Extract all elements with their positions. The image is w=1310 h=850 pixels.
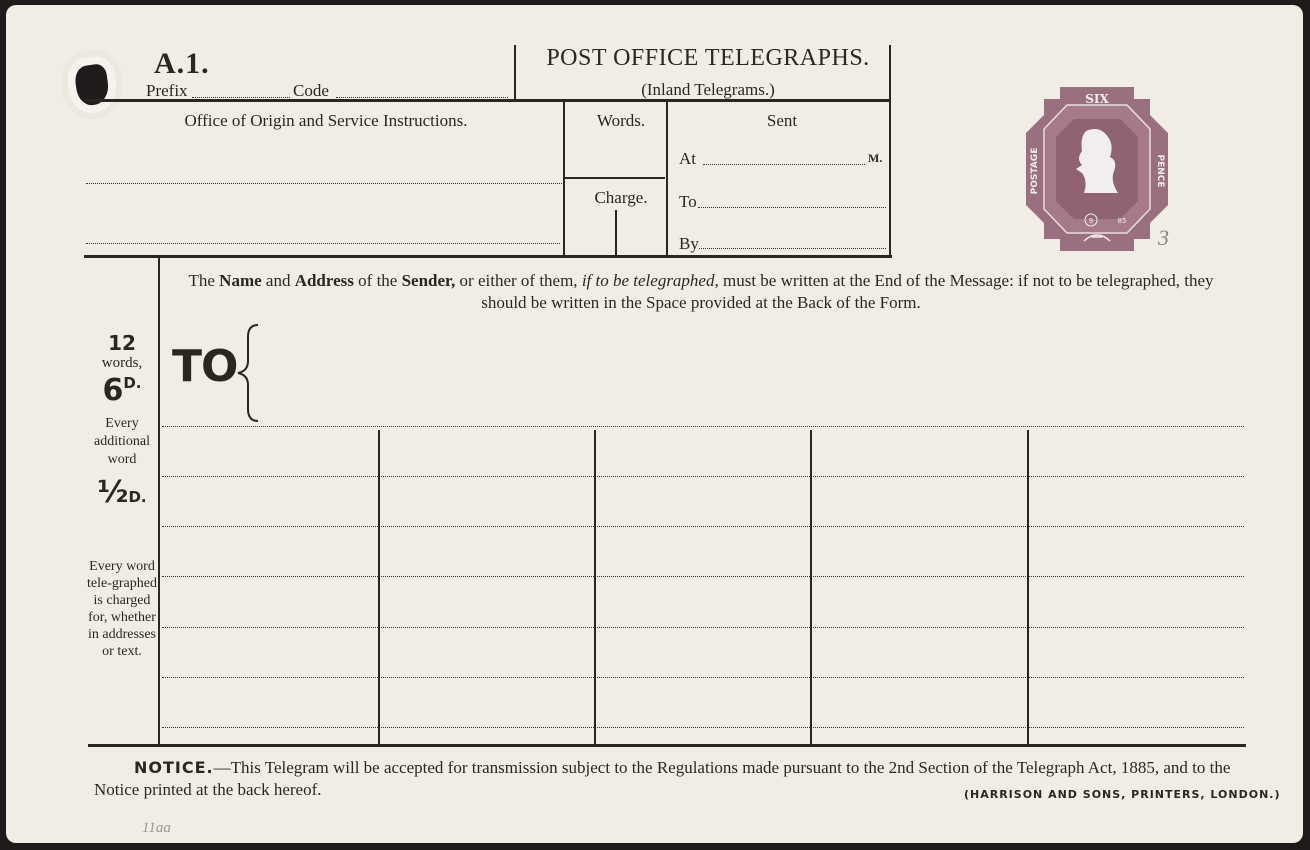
- message-area[interactable]: [162, 427, 1244, 743]
- sent-at-field[interactable]: [703, 164, 865, 165]
- sent-label: Sent: [672, 111, 892, 131]
- stamp-icon: SIX POSTAGE PENCE 9 85: [1022, 85, 1172, 253]
- main-rule: [84, 255, 892, 258]
- svg-text:PENCE: PENCE: [1155, 154, 1165, 187]
- telegram-form: A.1. Prefix Code POST OFFICE TELEGRAPHS.…: [6, 5, 1303, 843]
- divider: [666, 101, 668, 257]
- svg-text:POSTAGE: POSTAGE: [1030, 148, 1040, 195]
- by-label: By: [679, 234, 699, 254]
- page-title: POST OFFICE TELEGRAPHS.: [522, 45, 894, 72]
- base-words-label: words,: [86, 355, 158, 372]
- pencil-note-3: 3: [1158, 225, 1169, 251]
- meridian-label: M.: [868, 151, 882, 166]
- form-code: A.1.: [154, 47, 210, 81]
- divider: [889, 45, 891, 257]
- to-label: To: [679, 192, 697, 212]
- office-origin-field-2[interactable]: [86, 243, 560, 244]
- code-field[interactable]: [336, 97, 508, 98]
- page-subtitle: (Inland Telegrams.): [522, 80, 894, 100]
- prefix-label: Prefix: [146, 81, 188, 101]
- brace-icon: [234, 323, 264, 423]
- pencil-note: 11aa: [142, 820, 171, 837]
- svg-text:SIX: SIX: [1085, 92, 1109, 106]
- sender-instructions: The Name and Address of the Sender, or e…: [166, 270, 1236, 314]
- bottom-rule: [88, 744, 1246, 747]
- office-origin-field-1[interactable]: [86, 183, 562, 184]
- address-field[interactable]: [266, 320, 1246, 424]
- divider: [565, 177, 665, 179]
- charge-note: Every word tele-graphed is charged for, …: [86, 558, 158, 660]
- svg-text:85: 85: [1118, 217, 1127, 225]
- svg-text:9: 9: [1089, 217, 1093, 225]
- printer-imprint: (HARRISON AND SONS, PRINTERS, LONDON.): [964, 788, 1281, 801]
- charge-divider: [615, 210, 617, 256]
- divider: [563, 101, 565, 257]
- divider: [514, 45, 516, 101]
- sent-to-field[interactable]: [698, 207, 886, 208]
- header-rule: [84, 99, 891, 102]
- prefix-field[interactable]: [192, 97, 290, 98]
- code-label: Code: [293, 81, 329, 101]
- office-origin-label: Office of Origin and Service Instruction…: [96, 111, 556, 131]
- address-to-label: TO: [172, 341, 237, 392]
- words-label: Words.: [572, 111, 670, 131]
- base-words: 12: [86, 331, 158, 355]
- charge-label: Charge.: [572, 188, 670, 208]
- at-label: At: [679, 149, 696, 169]
- sent-by-field[interactable]: [699, 248, 886, 249]
- base-price: 6D.: [86, 373, 158, 408]
- additional-price: ½D.: [86, 475, 158, 510]
- additional-word-label: Every additional word: [86, 415, 158, 469]
- rates-divider: [158, 257, 160, 745]
